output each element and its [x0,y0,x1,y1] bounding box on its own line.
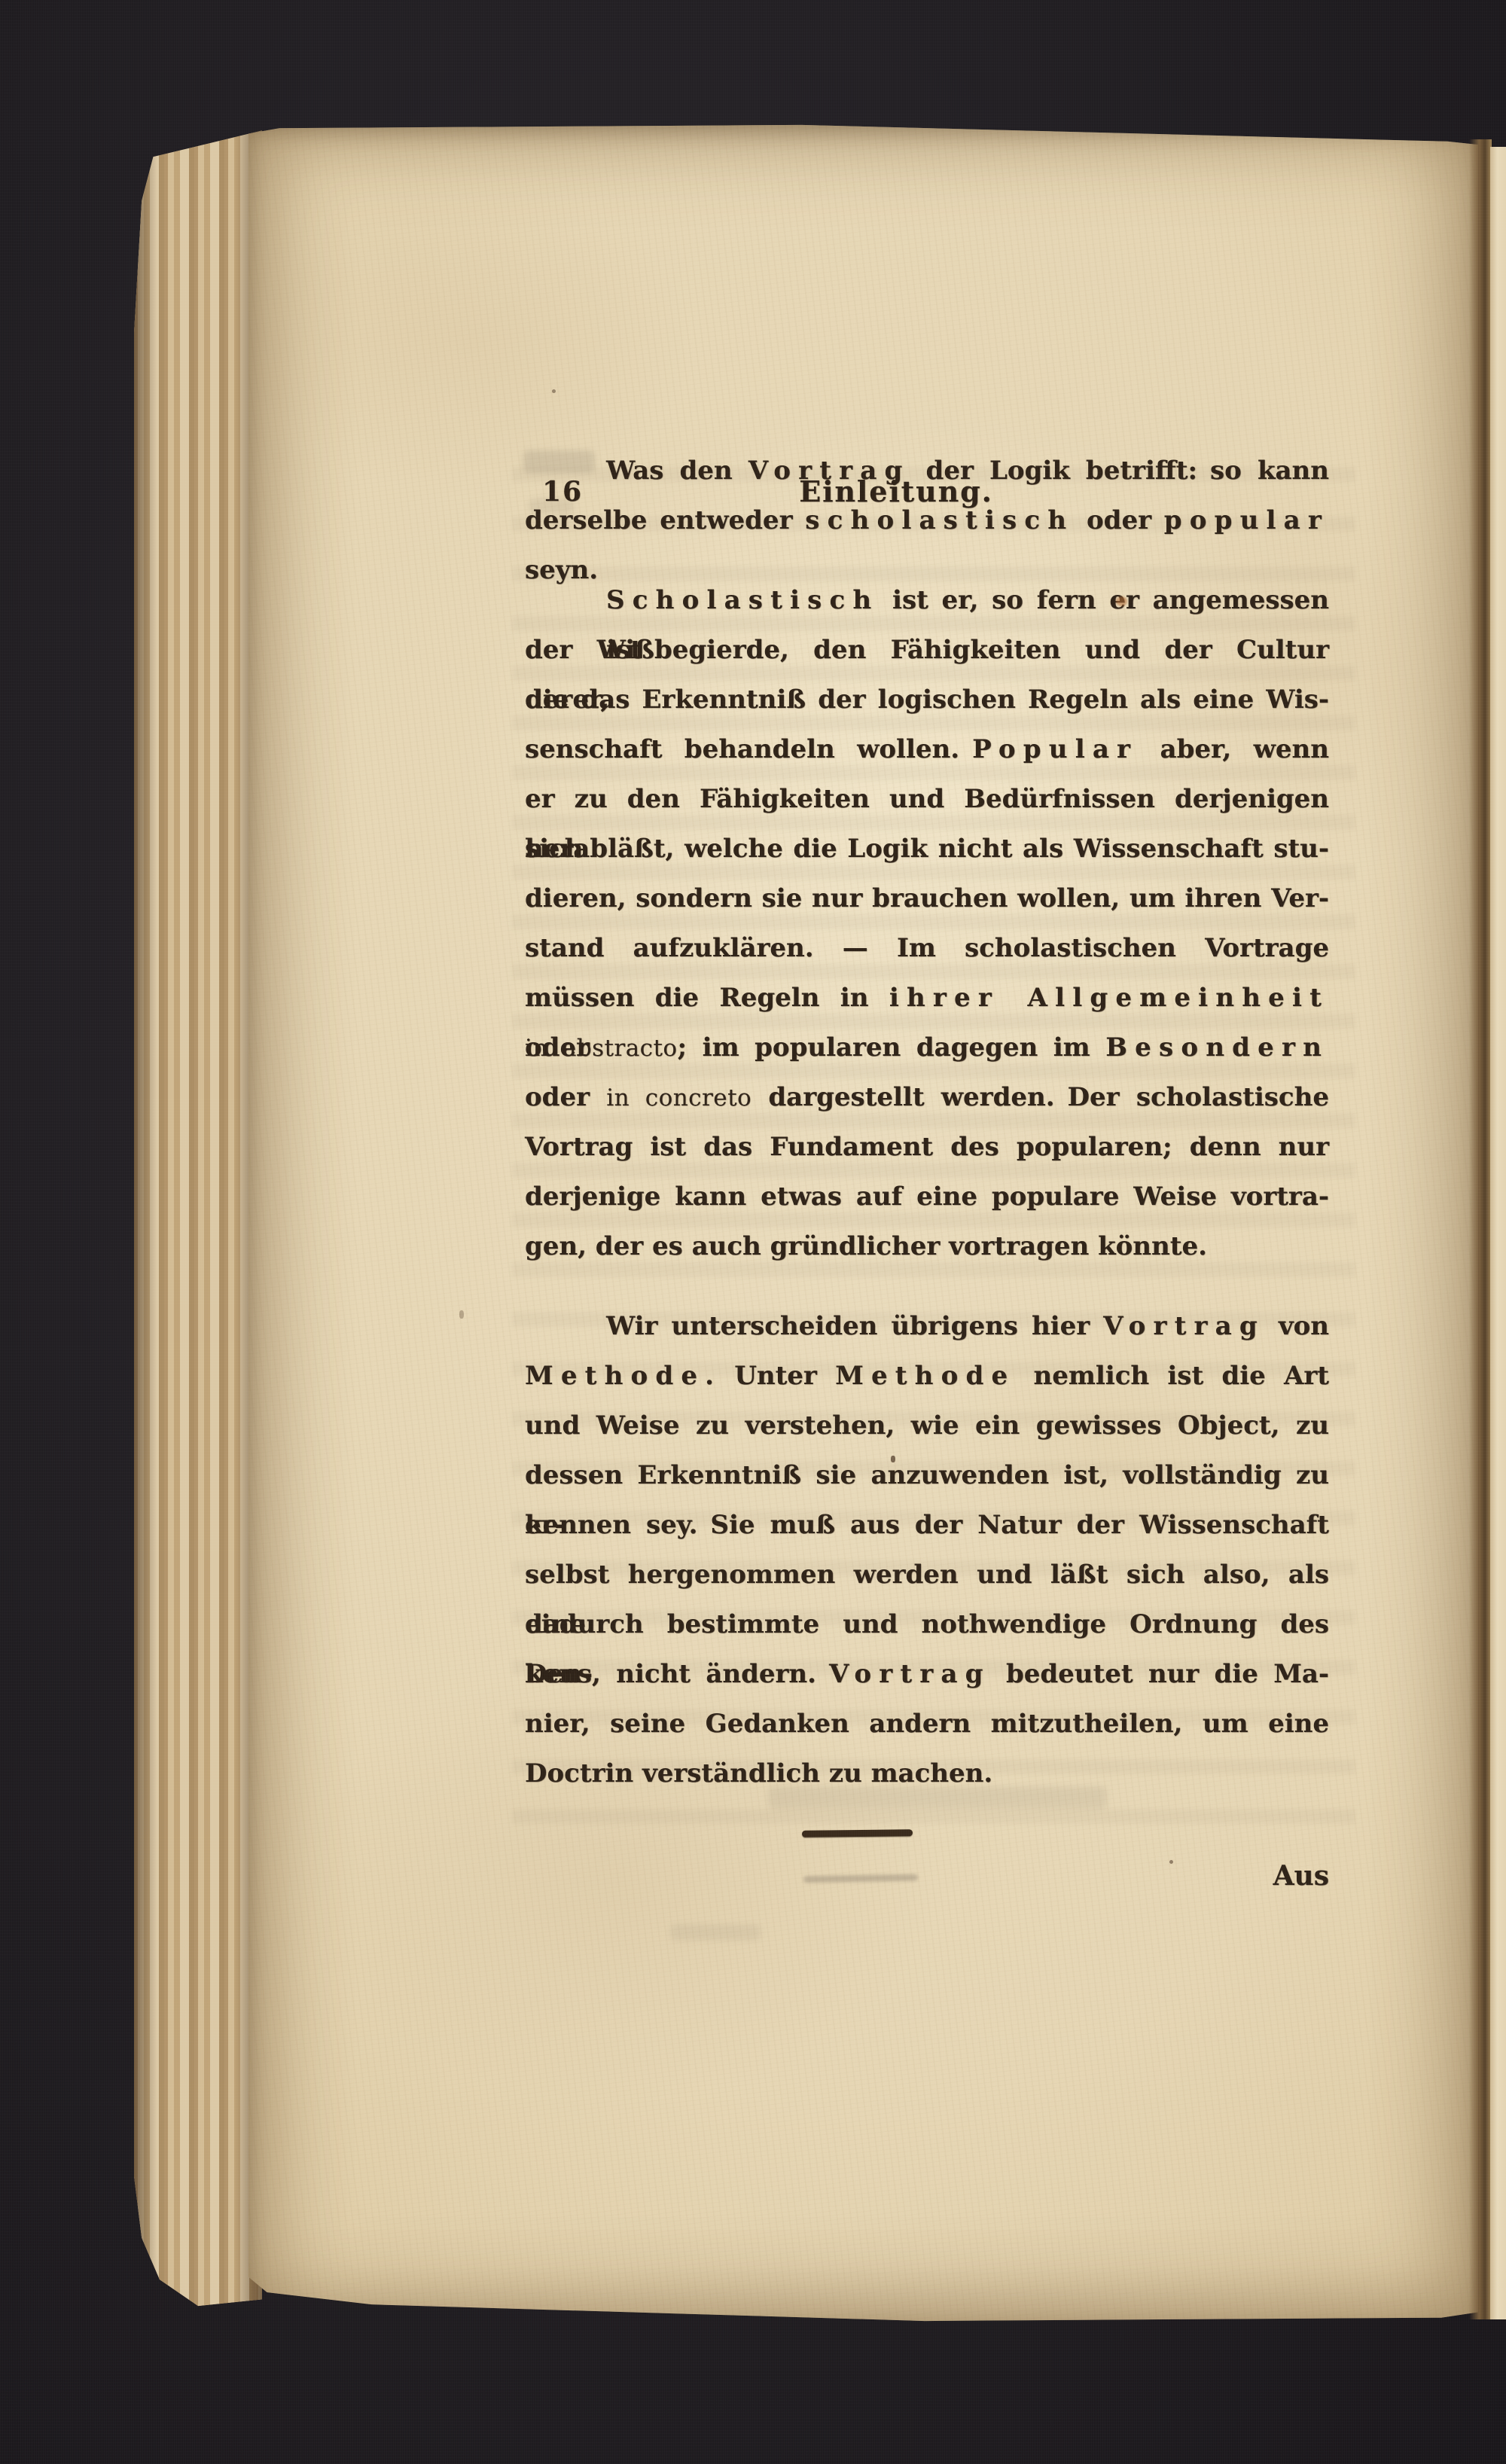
text-segment-gesperrt: ihrer Allgemeinheit [889,983,1329,1013]
text-segment-gesperrt: scholastisch [805,505,1074,535]
text-segment-gesperrt: Popular [972,734,1138,764]
book-page-stack-edges [134,113,262,2308]
catchword: Aus [1273,1860,1329,1892]
text-segment: müssen die Regeln in [525,983,889,1013]
text-line: oder in concreto dargestellt werden. Der… [525,1072,1329,1122]
text-segment: derjenige kann etwas auf eine populare W… [525,1182,1329,1212]
text-line: senschaft behandeln wollen. Popular aber… [525,724,1329,774]
text-segment: senschaft behandeln wollen. [525,734,972,764]
text-segment: oder [1074,505,1164,535]
section-rule [802,1829,913,1837]
text-line: und Weise zu verstehen, wie ein gewisses… [525,1401,1329,1450]
text-segment: herabläßt, welche die Logik nicht als Wi… [525,834,1329,864]
text-line: stand aufzuklären. — Im scholastischen V… [525,923,1329,973]
text-segment: kens, nicht ändern. [525,1659,829,1689]
text-line: Wir unterscheiden übrigens hier Vortrag … [525,1301,1329,1351]
text-line: selbst hergenommen werden und läßt sich … [525,1550,1329,1599]
facing-page-edge [1490,147,1506,2319]
text-segment: die das Erkenntniß der logischen Regeln … [525,685,1329,715]
text-line: dieren, sondern sie nur brauchen wollen,… [525,874,1329,923]
text-segment: derselbe entweder [525,505,805,535]
text-line: kens, nicht ändern. Vortrag bedeutet nur… [525,1649,1329,1699]
text-segment: nemlich ist die Art [1015,1361,1329,1391]
text-line: dessen Erkenntniß sie anzuwenden ist, vo… [525,1450,1329,1500]
text-segment: der Logik betrifft: so kann [910,456,1329,486]
text-segment: ; im popularen dagegen im [678,1032,1106,1063]
text-line: derjenige kann etwas auf eine populare W… [525,1172,1329,1221]
text-segment: Unter [721,1361,835,1391]
text-line: derselbe entweder scholastisch oder popu… [525,496,1329,545]
text-segment: oder [525,1082,606,1112]
book-gutter-shadow [1469,139,1492,2319]
text-line: nier, seine Gedanken andern mitzutheilen… [525,1699,1329,1749]
text-line: er zu den Fähigkeiten und Bedürfnissen d… [525,774,1329,824]
text-segment-gesperrt: Vortrag [829,1659,991,1689]
section-rule-ghost [803,1874,918,1883]
text-segment: dargestellt werden. Der scholastische [751,1082,1329,1112]
text-line: müssen die Regeln in ihrer Allgemeinheit… [525,973,1329,1023]
text-segment: seyn. [525,555,598,585]
text-segment: Vortrag ist das Fundament des popularen;… [525,1132,1329,1162]
text-line: in abstracto; im popularen dagegen im Be… [525,1023,1329,1072]
ink-speck [1169,1860,1173,1864]
text-line: die das Erkenntniß der logischen Regeln … [525,675,1329,724]
text-segment: stand aufzuklären. — Im scholastischen V… [525,933,1329,963]
text-segment-antiqua: in concreto [606,1084,751,1112]
text-segment-gesperrt: popular [1164,505,1329,535]
text-line: Doctrin verständlich zu machen. [525,1749,1329,1798]
text-segment: dieren, sondern sie nur brauchen wollen,… [525,883,1329,913]
text-line: dadurch bestimmte und nothwendige Ordnun… [525,1599,1329,1649]
text-segment-gesperrt: Besondern [1105,1032,1329,1063]
text-segment: bedeutet nur die Ma- [991,1659,1329,1689]
text-line: kennen sey. Sie muß aus der Natur der Wi… [525,1500,1329,1550]
text-segment: nier, seine Gedanken andern mitzutheilen… [525,1709,1329,1739]
text-segment: gen, der es auch gründlicher vortragen k… [525,1231,1207,1261]
text-segment-gesperrt: Methode. [525,1361,721,1391]
text-segment-antiqua: in abstracto [525,1035,678,1062]
text-line: Methode. Unter Methode nemlich ist die A… [525,1351,1329,1401]
paragraph: Scholastisch ist er, so fern er angemess… [525,575,1329,1271]
text-segment-gesperrt: Methode [835,1361,1015,1391]
paragraph: Wir unterscheiden übrigens hier Vortrag … [525,1301,1329,1798]
text-segment: von [1265,1311,1329,1341]
text-line: Was den Vortrag der Logik betrifft: so k… [525,446,1329,496]
text-segment: kennen sey. Sie muß aus der Natur der Wi… [525,1510,1329,1540]
text-segment: Wir unterscheiden übrigens hier [606,1311,1103,1341]
ink-speck [552,389,556,393]
text-line: Vortrag ist das Fundament des popularen;… [525,1122,1329,1172]
photo-background: 16 Einleitung. Was den Vortrag der Logik… [0,0,1506,2464]
ink-ghost [670,1924,761,1941]
text-line: der Wißbegierde, den Fähigkeiten und der… [525,625,1329,675]
book-page: 16 Einleitung. Was den Vortrag der Logik… [248,120,1478,2323]
text-line: gen, der es auch gründlicher vortragen k… [525,1221,1329,1271]
text-segment-gesperrt: Scholastisch [606,585,879,615]
text-segment-gesperrt: Vortrag [1103,1311,1265,1341]
text-line: herabläßt, welche die Logik nicht als Wi… [525,824,1329,874]
ink-speck [459,1310,464,1319]
text-segment: Was den [606,456,748,486]
text-segment: aber, wenn [1138,734,1329,764]
text-block: Was den Vortrag der Logik betrifft: so k… [525,446,1329,1798]
text-segment-gesperrt: Vortrag [748,456,910,486]
paragraph: Was den Vortrag der Logik betrifft: so k… [525,446,1329,545]
text-segment: Doctrin verständlich zu machen. [525,1758,992,1789]
text-segment: und Weise zu verstehen, wie ein gewisses… [525,1410,1329,1441]
text-line: Scholastisch ist er, so fern er angemess… [525,575,1329,625]
